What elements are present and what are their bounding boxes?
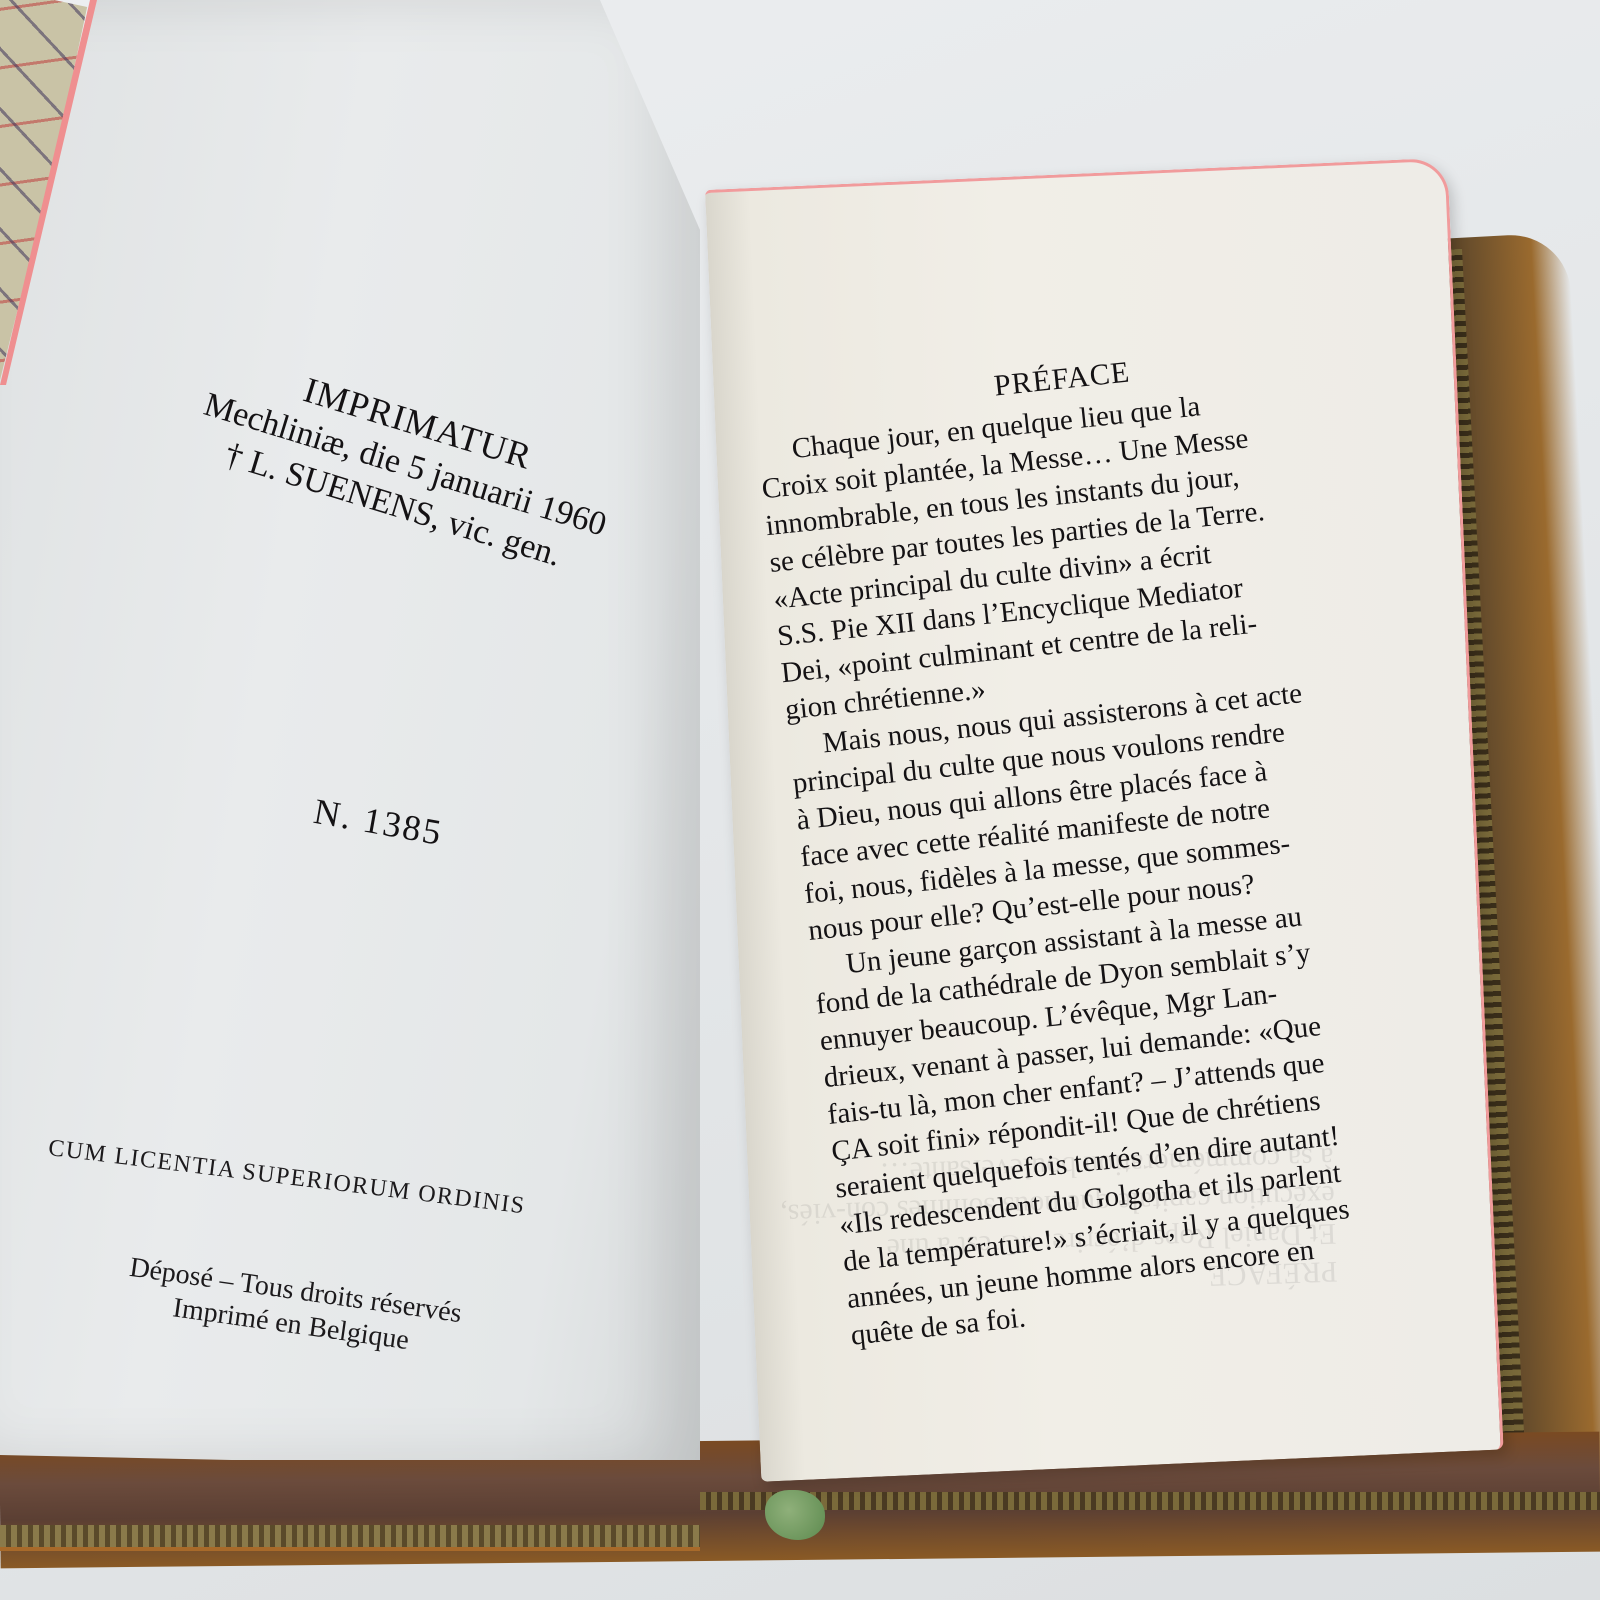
- left-page: [0, 0, 700, 1460]
- preface-block: PRÉFACE Chaque jour, en quelque lieu que…: [752, 324, 1529, 1355]
- zipper-bottom-right: [700, 1492, 1600, 1510]
- preface-body: Chaque jour, en quelque lieu que laCroix…: [756, 364, 1529, 1355]
- photo-scene: PRÉFACE Et Daniel Rops d’écrire: «C’est …: [0, 0, 1600, 1600]
- zipper-bottom: [0, 1525, 700, 1551]
